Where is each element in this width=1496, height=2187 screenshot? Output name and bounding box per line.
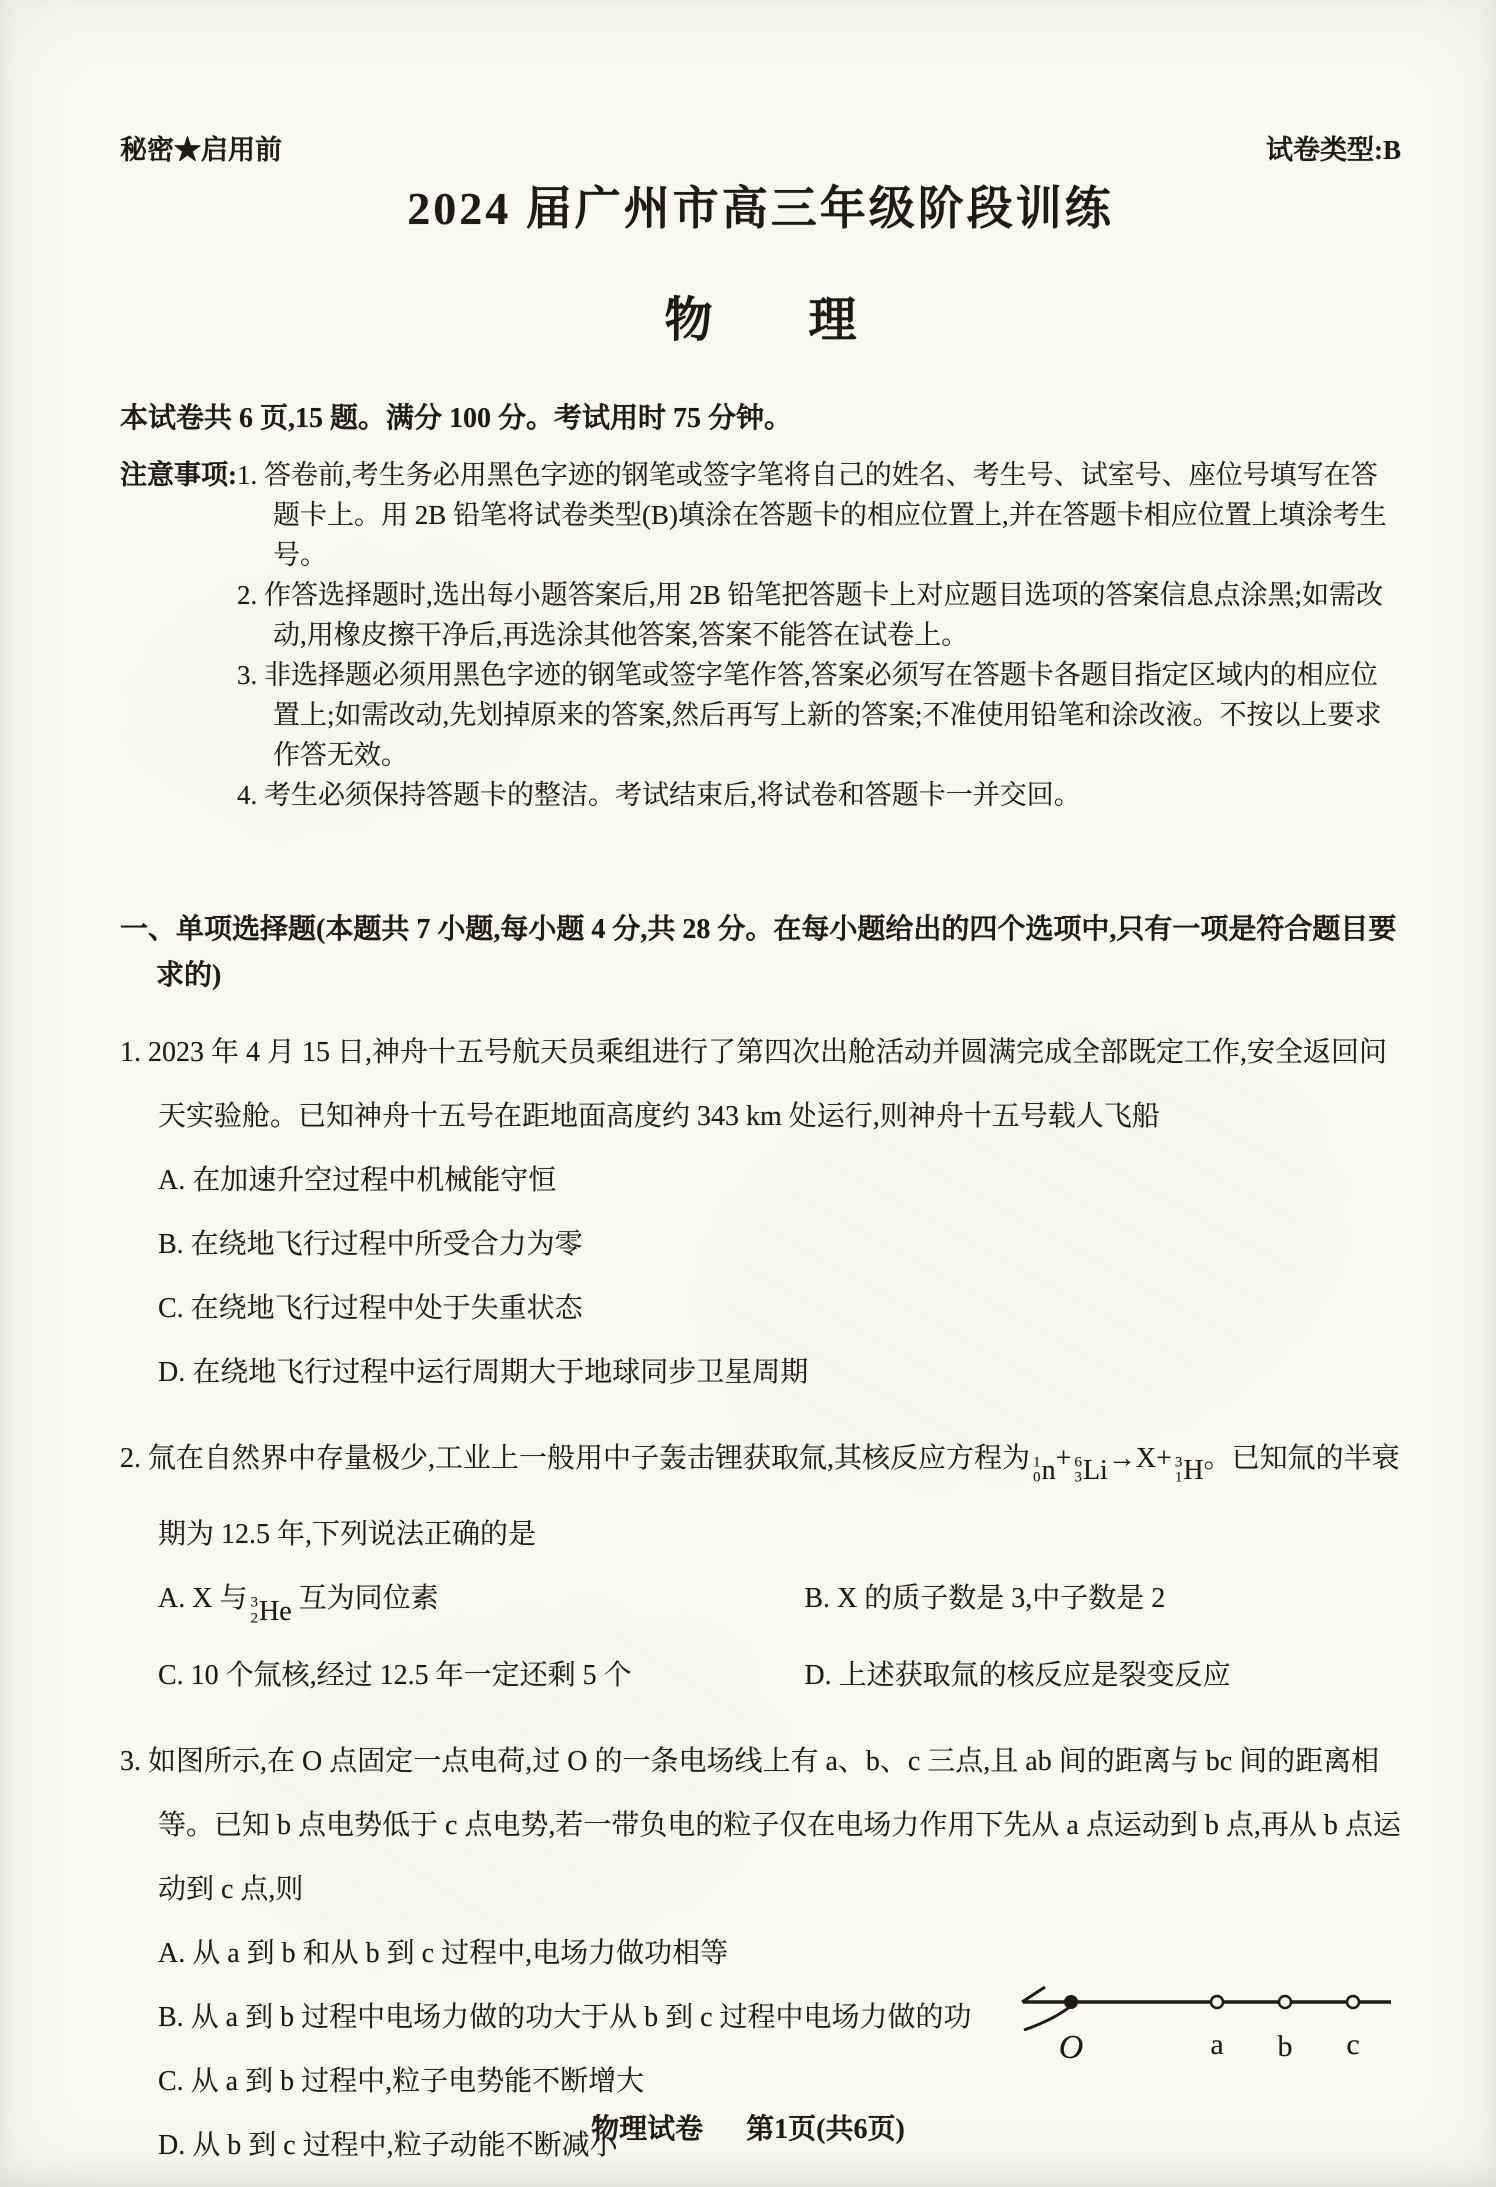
q3-stem: 3. 如图所示,在 O 点固定一点电荷,过 O 的一条电场线上有 a、b、c 三… [120,1730,1401,1922]
q1-option-d: D. 在绕地飞行过程中运行周期大于地球同步卫星周期 [158,1341,1401,1405]
question-1: 1. 2023 年 4 月 15 日,神舟十五号航天员乘组进行了第四次出舱活动并… [120,1021,1401,1405]
exam-paper-page: 秘密★启用前 试卷类型:B 2024 届广州市高三年级阶段训练 物 理 本试卷共… [0,0,1496,2187]
notes-label: 注意事项: [120,455,237,815]
helium-scripts: 32 [250,1596,258,1627]
q2-option-a-post: 互为同位素 [292,1583,439,1614]
field-line-arrow-tip [1022,1987,1045,2002]
tritium-symbol: H [1183,1439,1203,1503]
point-charge-O-dot [1064,1995,1078,2009]
footer-paper-name: 物理试卷 [591,2114,703,2145]
q2-option-d: D. 上述获取氚的核反应是裂变反应 [804,1644,1401,1708]
field-line-tail [1024,2006,1071,2030]
q2-option-a-pre: A. X 与 [158,1583,247,1614]
lithium-subscript: 3 [1074,1471,1082,1486]
footer-page-number: 第1页(共6页) [746,2114,905,2145]
question-2: 2. 氚在自然界中存量极少,工业上一般用中子轰击锂获取氚,其核反应方程为10n+… [120,1427,1401,1708]
lithium-scripts: 63 [1074,1455,1082,1486]
q2-option-b: B. X 的质子数是 3,中子数是 2 [804,1567,1401,1643]
page-footer: 物理试卷 第1页(共6页) [0,2107,1496,2147]
section-heading: 一、单项选择题(本题共 7 小题,每小题 4 分,共 28 分。在每小题给出的四… [120,907,1401,999]
q2-option-a: A. X 与32He 互为同位素 [158,1567,804,1643]
q2-stem: 2. 氚在自然界中存量极少,工业上一般用中子轰击锂获取氚,其核反应方程为10n+… [120,1427,1401,1567]
page-header: 秘密★启用前 试卷类型:B [120,128,1401,167]
plus-sign: + [1156,1443,1172,1474]
page-content: 秘密★启用前 试卷类型:B 2024 届广州市高三年级阶段训练 物 理 本试卷共… [0,0,1496,2178]
point-a-dot [1211,1996,1223,2008]
plus-sign: + [1056,1443,1072,1474]
unknown-product-x: X [1136,1443,1156,1474]
q2-option-c: C. 10 个氚核,经过 12.5 年一定还剩 5 个 [158,1644,804,1708]
note-item-4: 4. 考生必须保持答题卡的整洁。考试结束后,将试卷和答题卡一并交回。 [237,775,1401,815]
paper-type-label: 试卷类型:B [1266,128,1401,167]
q1-stem: 1. 2023 年 4 月 15 日,神舟十五号航天员乘组进行了第四次出舱活动并… [120,1021,1401,1149]
helium-nuclide: 32He [247,1580,291,1644]
helium-superscript: 3 [250,1596,258,1611]
label-b: b [1278,2030,1293,2063]
q1-option-a: A. 在加速升空过程中机械能守恒 [158,1149,1401,1213]
note-item-3: 3. 非选择题必须用黑色字迹的钢笔或签字笔作答,答案必须写在答题卡各题目指定区域… [237,655,1401,775]
neutron-superscript: 1 [1033,1455,1041,1470]
neutron-subscript: 0 [1033,1471,1041,1486]
lithium-superscript: 6 [1074,1455,1082,1470]
lithium-nuclide: 63Li [1071,1439,1107,1503]
label-O: O [1059,2029,1084,2066]
tritium-nuclide: 31H [1172,1439,1204,1503]
note-item-2: 2. 作答选择题时,选出每小题答案后,用 2B 铅笔把答题卡上对应题目选项的答案… [237,575,1401,655]
label-a: a [1210,2028,1223,2061]
tritium-scripts: 31 [1175,1455,1183,1486]
security-marking: 秘密★启用前 [120,128,282,167]
exam-title: 2024 届广州市高三年级阶段训练 [120,183,1401,235]
subject-title: 物 理 [120,293,1401,349]
q2-stem-text-pre: 2. 氚在自然界中存量极少,工业上一般用中子轰击锂获取氚,其核反应方程为 [120,1443,1030,1474]
exam-info: 本试卷共 6 页,15 题。满分 100 分。考试用时 75 分钟。 [120,399,1401,439]
note-item-1: 1. 答卷前,考生务必用黑色字迹的钢笔或签字笔将自己的姓名、考生号、试室号、座位… [237,455,1401,575]
label-c: c [1346,2028,1359,2061]
tritium-superscript: 3 [1175,1455,1183,1470]
reaction-arrow: → [1108,1443,1136,1474]
notes-items: 1. 答卷前,考生务必用黑色字迹的钢笔或签字笔将自己的姓名、考生号、试室号、座位… [237,455,1401,815]
q1-option-c: C. 在绕地飞行过程中处于失重状态 [158,1277,1401,1341]
neutron-nuclide: 10n [1030,1439,1056,1503]
tritium-subscript: 1 [1175,1471,1183,1486]
notes-block: 注意事项: 1. 答卷前,考生务必用黑色字迹的钢笔或签字笔将自己的姓名、考生号、… [120,455,1401,815]
q1-option-b: B. 在绕地飞行过程中所受合力为零 [158,1213,1401,1277]
helium-symbol: He [259,1580,292,1644]
neutron-symbol: n [1042,1439,1056,1503]
field-line-figure: O a b c [1009,1962,1401,2068]
point-c-dot [1347,1996,1359,2008]
q2-options-grid: A. X 与32He 互为同位素 B. X 的质子数是 3,中子数是 2 C. … [158,1567,1401,1707]
point-b-dot [1279,1996,1291,2008]
helium-subscript: 2 [250,1611,258,1626]
neutron-scripts: 10 [1033,1455,1041,1486]
lithium-symbol: Li [1083,1439,1108,1503]
